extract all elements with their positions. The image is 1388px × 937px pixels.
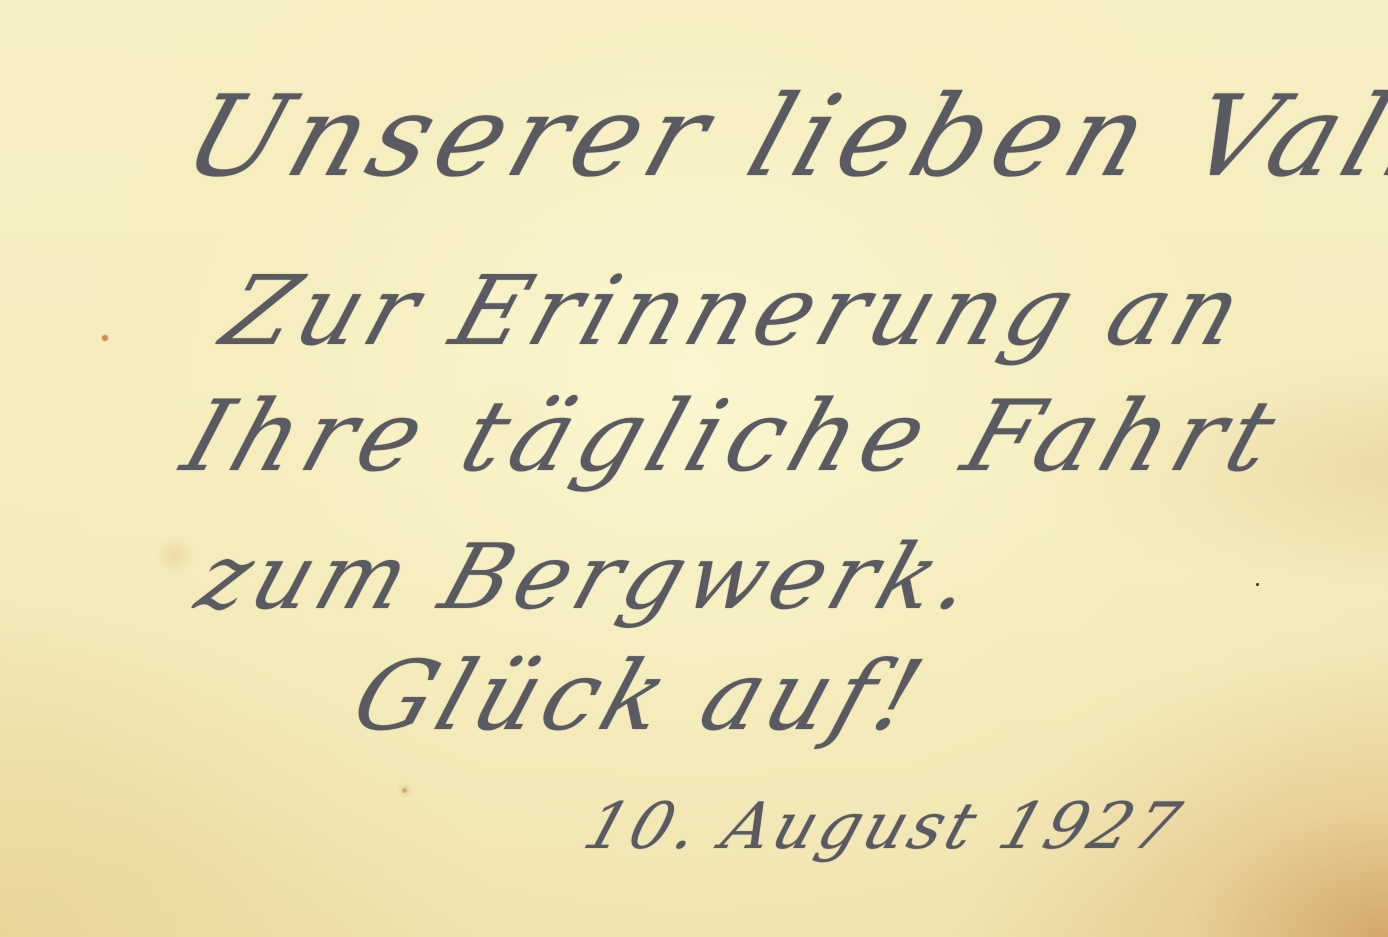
stain-spot bbox=[102, 335, 108, 341]
aged-photo-back: Unserer lieben Vally Zur Erinnerung an I… bbox=[0, 0, 1388, 937]
dedication-line-recipient: Unserer lieben Vally bbox=[170, 72, 1388, 202]
dedication-date: 10. August 1927 bbox=[575, 790, 1193, 864]
dedication-line-daily-trip: Ihre tägliche Fahrt bbox=[170, 380, 1296, 494]
dedication-line-mine: zum Bergwerk. bbox=[185, 525, 993, 630]
stain-spot bbox=[402, 788, 407, 793]
miners-greeting: Glück auf! bbox=[340, 640, 941, 752]
stain-spot bbox=[1256, 583, 1259, 586]
dedication-line-remembrance: Zur Erinnerung an bbox=[210, 255, 1261, 367]
